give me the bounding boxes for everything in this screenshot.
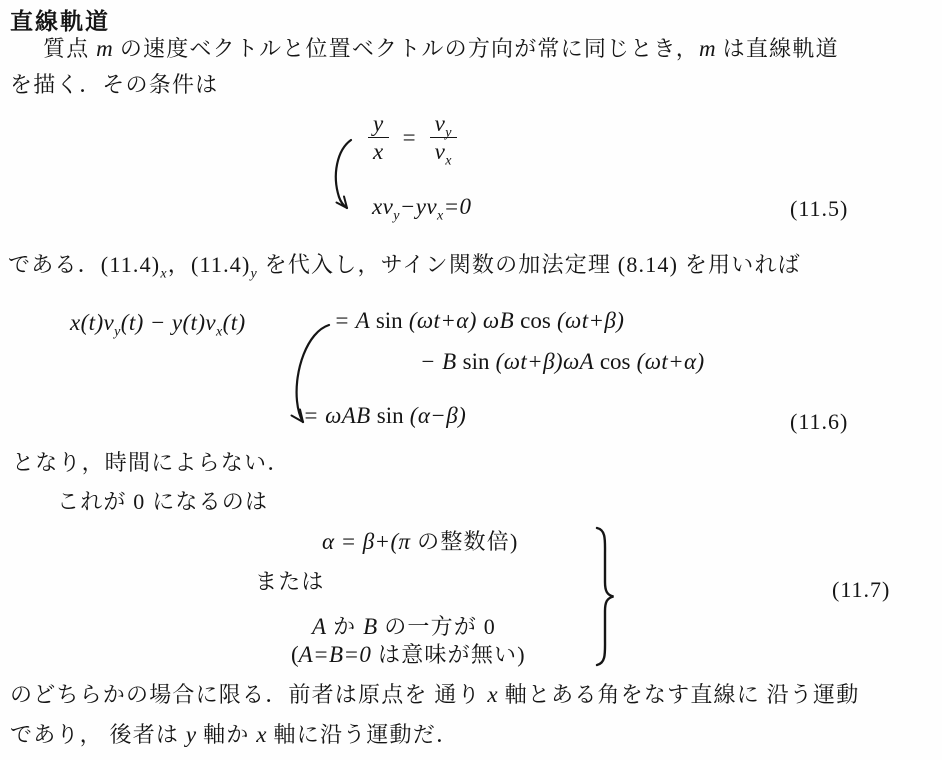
text-run: である．(11.4) — [8, 252, 160, 277]
fraction-vy-over-vx: vy vx — [430, 112, 457, 164]
math-run: (ωt+β) — [551, 308, 624, 333]
math-run: −yv — [400, 194, 437, 219]
fraction-denominator: x — [373, 138, 384, 163]
math-run: (α−β) — [404, 403, 467, 428]
eq6-lhs: x(t)vy(t) − y(t)vx(t) — [70, 310, 246, 336]
sin-function: sin — [376, 308, 403, 333]
textbook-page: { "document": { "heading": "直線軌道", "para… — [0, 0, 942, 760]
math-run: α = β+(π — [322, 529, 410, 554]
math-var-v: v — [435, 111, 446, 136]
text-run: であり， 後者は — [10, 722, 186, 747]
text-run: の整数倍) — [410, 529, 518, 554]
text-run: の一方が 0 — [378, 614, 496, 639]
math-run: (t) − y(t)v — [121, 310, 216, 335]
math-var-A: A — [312, 614, 326, 639]
eq5-fraction-row: y x = vy vx — [368, 112, 457, 164]
sin-function: sin — [377, 403, 404, 428]
math-var-v: v — [435, 139, 446, 164]
math-var-x: x — [256, 722, 267, 747]
text-run: のどちらかの場合に限る．前者は原点を 通り — [10, 682, 487, 707]
text-run: か — [326, 614, 363, 639]
math-run: − B — [420, 349, 463, 374]
eq6-number: (11.6) — [790, 409, 848, 435]
math-var-m: m — [96, 36, 113, 61]
math-var-m: m — [699, 36, 716, 61]
math-var-y: y — [186, 722, 197, 747]
subscript-y: y — [393, 209, 400, 224]
math-run: =0 — [444, 194, 472, 219]
eq7-line1: α = β+(π の整数倍) — [322, 525, 518, 556]
text-run: は直線軌道 — [716, 36, 839, 61]
para4-line2: であり， 後者は y 軸か x 軸に沿う運動だ． — [10, 721, 459, 750]
math-run: x(t)v — [70, 310, 114, 335]
text-run: 軸か — [196, 722, 256, 747]
subscript-x: x — [216, 325, 223, 340]
math-run: (t) — [223, 310, 246, 335]
text-run: 軸とある角をなす直線に 沿う運動 — [498, 682, 859, 707]
para3-line2: これが 0 になるのは — [57, 488, 268, 516]
eq5-arrow — [331, 137, 355, 213]
text-run: の速度ベクトルと位置ベクトルの方向が常に同じとき， — [113, 36, 699, 61]
text-run: 軸に沿う運動だ． — [267, 722, 459, 747]
fraction-numerator: vy — [430, 112, 457, 138]
eq5-number: (11.5) — [790, 196, 848, 222]
subscript-x: x — [437, 209, 444, 224]
curved-down-arrow-icon — [331, 137, 355, 213]
para2: である．(11.4)x，(11.4)y を代入し，サイン関数の加法定理 (8.1… — [8, 251, 801, 279]
subscript-y: y — [251, 266, 258, 281]
text-run: ，(11.4) — [168, 252, 251, 277]
text-run: は意味が無い) — [371, 642, 525, 667]
paren: ( — [291, 642, 299, 667]
eq7-number: (11.7) — [832, 577, 890, 603]
math-run: = ωAB — [303, 403, 377, 428]
fraction-denominator: vx — [435, 138, 452, 163]
subscript-x: x — [160, 266, 167, 281]
section-heading: 直線軌道 — [10, 3, 110, 36]
eq6-line2: − B sin (ωt+β)ωA cos (ωt+α) — [420, 349, 705, 375]
text-run: 質点 — [43, 36, 96, 61]
math-run: = A — [334, 308, 376, 333]
math-run: (ωt+α) — [630, 349, 704, 374]
cos-function: cos — [520, 308, 551, 333]
eq5-row2: xvy−yvx=0 — [372, 194, 471, 220]
eq7-line3: A か B の一方が 0 — [312, 610, 496, 641]
eq6-line1: = A sin (ωt+α) ωB cos (ωt+β) — [334, 308, 624, 334]
text-run: を代入し，サイン関数の加法定理 (8.14) を用いれば — [258, 252, 801, 277]
eq7-line4: (A=B=0 は意味が無い) — [291, 638, 526, 669]
math-var-B: B — [363, 614, 377, 639]
sin-function: sin — [463, 349, 490, 374]
subscript-x: x — [445, 154, 452, 169]
fraction-numerator: y — [368, 112, 389, 138]
math-run: (ωt+β)ωA — [490, 349, 600, 374]
math-var-x: x — [487, 682, 498, 707]
para3-line1: となり，時間によらない． — [12, 449, 290, 477]
math-run: A=B=0 — [299, 642, 372, 667]
para4-line1: のどちらかの場合に限る．前者は原点を 通り x 軸とある角をなす直線に 沿う運動 — [10, 681, 859, 710]
eq7-brace — [594, 526, 616, 667]
subscript-y: y — [114, 325, 121, 340]
math-run: (ωt+α) ωB — [403, 308, 520, 333]
equals-sign: = — [403, 125, 416, 151]
eq7-or-label: または — [255, 568, 325, 596]
cos-function: cos — [600, 349, 631, 374]
math-run: xv — [372, 194, 393, 219]
para1-line1: 質点 m の速度ベクトルと位置ベクトルの方向が常に同じとき，m は直線軌道 — [43, 35, 839, 64]
para1-line2: を描く．その条件は — [10, 71, 218, 99]
right-brace-icon — [594, 526, 616, 667]
eq6-line3: = ωAB sin (α−β) — [303, 403, 466, 429]
fraction-y-over-x: y x — [368, 112, 389, 164]
